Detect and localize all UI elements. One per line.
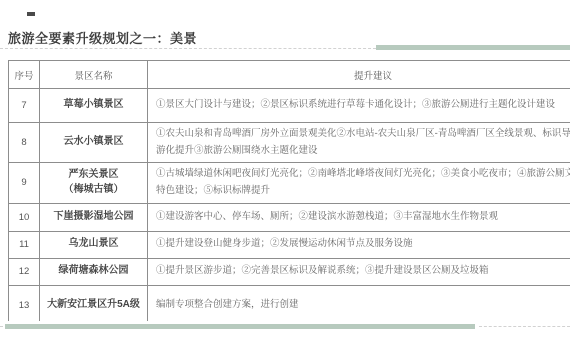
crop-artifact-mark <box>27 12 35 16</box>
scenic-area-name: 云水小镇景区 <box>40 123 148 163</box>
suggestion-text: ①提升建设登山健身步道；②发展慢运动休闲节点及服务设施 <box>148 231 570 258</box>
title-divider-dashed <box>0 48 376 49</box>
row-number: 10 <box>9 203 40 231</box>
col-header-suggestion: 提升建议 <box>148 61 570 89</box>
scenic-area-name-main: 云水小镇景区 <box>40 135 147 150</box>
table-header-row: 序号 景区名称 提升建议 <box>9 61 570 89</box>
table-container: 序号 景区名称 提升建议 7草莓小镇景区①景区大门设计与建设；②景区标识系统进行… <box>8 60 570 321</box>
suggestion-text: ①农夫山泉和青岛啤酒厂房外立面景观美化②水电站-农夫山泉厂区-青岛啤酒厂区全线景… <box>148 123 570 163</box>
title-divider-accent <box>376 45 570 50</box>
scenic-area-name-main: 草莓小镇景区 <box>40 98 147 113</box>
scenic-area-name-sub: （梅城古镇） <box>40 183 147 198</box>
footer-divider-dashed <box>479 326 570 327</box>
scenic-area-name: 下崖摄影湿地公园 <box>40 203 148 231</box>
suggestion-text: ①建设游客中心、停车场、厕所；②建设滨水游憩栈道；③丰富湿地水生作物景观 <box>148 203 570 231</box>
col-header-name: 景区名称 <box>40 61 148 89</box>
suggestion-text: ①提升景区游步道；②完善景区标识及解说系统；③提升建设景区公厕及垃圾箱 <box>148 258 570 285</box>
scenic-area-name-main: 大新安江景区升5A级 <box>40 298 147 313</box>
table-row: 11乌龙山景区①提升建设登山健身步道；②发展慢运动休闲节点及服务设施 <box>9 231 570 258</box>
col-header-no: 序号 <box>9 61 40 89</box>
table-body: 7草莓小镇景区①景区大门设计与建设；②景区标识系统进行草莓卡通化设计；③旅游公厕… <box>9 89 570 322</box>
scenic-upgrade-table: 序号 景区名称 提升建议 7草莓小镇景区①景区大门设计与建设；②景区标识系统进行… <box>8 60 570 321</box>
scenic-area-name: 绿荷塘森林公园 <box>40 258 148 285</box>
row-number: 11 <box>9 231 40 258</box>
row-number: 8 <box>9 123 40 163</box>
scenic-area-name-main: 严东关景区 <box>40 168 147 183</box>
scenic-area-name: 严东关景区（梅城古镇） <box>40 163 148 203</box>
table-row: 9严东关景区（梅城古镇）①古城墙绿道休闲吧夜间灯光亮化；②南峰塔北峰塔夜间灯光亮… <box>9 163 570 203</box>
table-row: 13大新安江景区升5A级编制专项整合创建方案，进行创建 <box>9 285 570 321</box>
footer-divider-accent <box>5 324 475 329</box>
slide-page: 旅游全要素升级规划之一：美景 序号 景区名称 提升建议 7草莓小镇景区①景区大门… <box>0 0 570 360</box>
table-row: 12绿荷塘森林公园①提升景区游步道；②完善景区标识及解说系统；③提升建设景区公厕… <box>9 258 570 285</box>
suggestion-text: ①古城墙绿道休闲吧夜间灯光亮化；②南峰塔北峰塔夜间灯光亮化；③美食小吃夜市；④旅… <box>148 163 570 203</box>
table-row: 8云水小镇景区①农夫山泉和青岛啤酒厂房外立面景观美化②水电站-农夫山泉厂区-青岛… <box>9 123 570 163</box>
row-number: 12 <box>9 258 40 285</box>
row-number: 7 <box>9 89 40 123</box>
table-row: 10下崖摄影湿地公园①建设游客中心、停车场、厕所；②建设滨水游憩栈道；③丰富湿地… <box>9 203 570 231</box>
scenic-area-name: 大新安江景区升5A级 <box>40 285 148 321</box>
page-title: 旅游全要素升级规划之一：美景 <box>8 28 197 47</box>
row-number: 13 <box>9 285 40 321</box>
scenic-area-name: 乌龙山景区 <box>40 231 148 258</box>
suggestion-text: 编制专项整合创建方案，进行创建 <box>148 285 570 321</box>
row-number: 9 <box>9 163 40 203</box>
scenic-area-name-main: 乌龙山景区 <box>40 237 147 252</box>
scenic-area-name-main: 下崖摄影湿地公园 <box>40 210 147 225</box>
footer-divider-tick <box>0 326 3 327</box>
table-row: 7草莓小镇景区①景区大门设计与建设；②景区标识系统进行草莓卡通化设计；③旅游公厕… <box>9 89 570 123</box>
scenic-area-name-main: 绿荷塘森林公园 <box>40 264 147 279</box>
scenic-area-name: 草莓小镇景区 <box>40 89 148 123</box>
suggestion-text: ①景区大门设计与建设；②景区标识系统进行草莓卡通化设计；③旅游公厕进行主题化设计… <box>148 89 570 123</box>
